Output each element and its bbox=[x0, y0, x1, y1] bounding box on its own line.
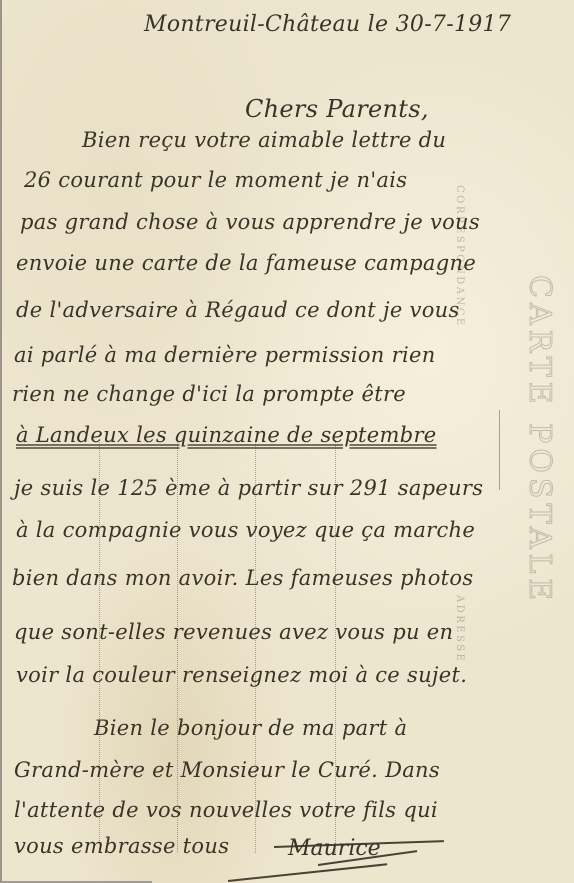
printed-title-carte-postale: CARTE POSTALE bbox=[522, 275, 557, 605]
dotted-guide-line bbox=[335, 440, 336, 853]
letter-line: à la compagnie vous voyez que ça marche bbox=[16, 520, 475, 541]
letter-line: Bien reçu votre aimable lettre du bbox=[82, 130, 446, 151]
letter-line: ai parlé à ma dernière permission rien bbox=[14, 345, 436, 366]
dotted-guide-line bbox=[255, 440, 256, 853]
letter-line-underlined: à Landeux les quinzaine de septembre bbox=[16, 425, 437, 446]
letter-line: Grand-mère et Monsieur le Curé. Dans bbox=[14, 760, 440, 781]
printed-label-adresse: ADRESSE bbox=[454, 595, 465, 663]
letter-line: Bien le bonjour de ma part à bbox=[94, 718, 407, 739]
dotted-guide-line bbox=[177, 440, 178, 853]
letter-line: de l'adversaire à Régaud ce dont je vous bbox=[16, 300, 460, 321]
postcard-back: CARTE POSTALE CORRESPONDANCE ADRESSE Mon… bbox=[0, 0, 574, 883]
dotted-guide-line bbox=[99, 440, 100, 853]
letter-line: voir la couleur renseignez moi à ce suje… bbox=[16, 665, 467, 686]
letter-line: je suis le 125 ème à partir sur 291 sape… bbox=[14, 478, 483, 499]
salutation: Chers Parents, bbox=[245, 97, 429, 121]
letter-line: l'attente de vos nouvelles votre fils qu… bbox=[14, 800, 438, 821]
letter-line: 26 courant pour le moment je n'ais bbox=[24, 170, 407, 191]
letter-line: pas grand chose à vous apprendre je vous bbox=[20, 212, 480, 233]
letter-line: rien ne change d'ici la prompte être bbox=[12, 384, 406, 405]
signature-block: Maurice bbox=[278, 836, 458, 876]
letter-line: que sont-elles revenues avez vous pu en bbox=[14, 622, 453, 643]
printed-divider-line bbox=[499, 410, 500, 490]
letter-line: vous embrasse tous bbox=[14, 836, 229, 857]
letter-line: envoie une carte de la fameuse campagne bbox=[16, 253, 476, 274]
place-and-date: Montreuil-Château le 30-7-1917 bbox=[144, 14, 511, 36]
signature-flourish bbox=[228, 863, 387, 881]
letter-line: bien dans mon avoir. Les fameuses photos bbox=[12, 568, 473, 589]
